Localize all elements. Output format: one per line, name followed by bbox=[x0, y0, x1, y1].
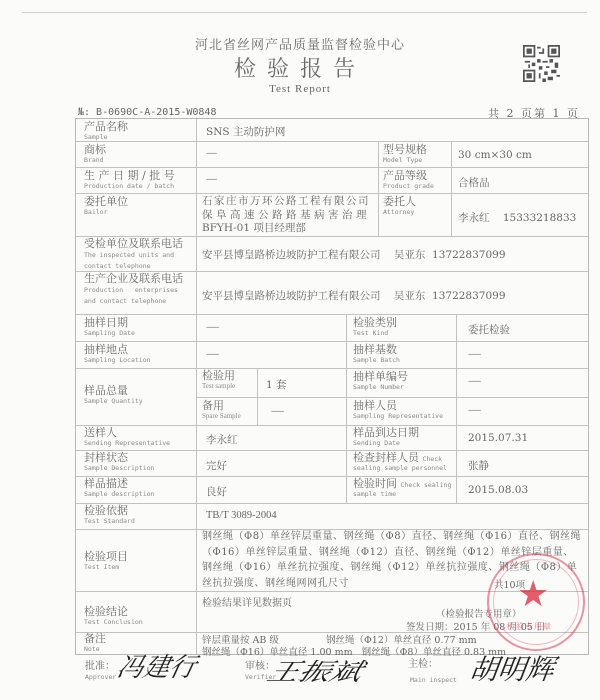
model-value: 30 cm×30 cm bbox=[458, 149, 532, 161]
sample-number-label: 抽样单编号 Sample Number bbox=[353, 370, 408, 392]
grade-label: 产品等级 Product grade bbox=[383, 169, 434, 191]
spare-sample-value: ------ bbox=[271, 407, 283, 417]
report-number: №: B-0690C-A-2015-W0848 bbox=[78, 107, 216, 118]
producer-value: 安平县博皇路桥边坡防护工程有限公司 吴亚东 13722837099 bbox=[202, 288, 506, 303]
sampling-rep-value: ------ bbox=[468, 406, 480, 416]
approver-label-en: Approver bbox=[85, 673, 116, 681]
test-item-label: 检验项目 Test Item bbox=[84, 550, 128, 572]
production-date-value: ----- bbox=[206, 175, 216, 185]
inspected-unit-label: 受检单位及联系电话 The inspected units and contac… bbox=[84, 237, 183, 272]
approver-signature: 冯建行 bbox=[114, 647, 200, 684]
attorney-label: 委托人 Attorney bbox=[383, 195, 416, 217]
sending-date-value: 2015.07.31 bbox=[468, 432, 528, 444]
sample-value: SNS 主动防护网 bbox=[206, 124, 285, 139]
star-icon: ★ bbox=[517, 577, 549, 613]
model-label: 型号规格 Model Type bbox=[383, 143, 427, 165]
sending-rep-value: 李永红 bbox=[206, 432, 238, 447]
report-subtitle: Test Report bbox=[0, 83, 600, 95]
brand-value: ----- bbox=[206, 149, 216, 159]
conclusion-label: 检验结论 Test Conclusion bbox=[84, 605, 143, 627]
test-sample-label: 检验用 Test sample bbox=[202, 369, 235, 391]
seal-state-label: 封样状态 Sample Description bbox=[84, 451, 154, 473]
sample-desc-value: 良好 bbox=[206, 484, 227, 499]
brand-label: 商标 Brand bbox=[84, 143, 106, 165]
inspector-label: 主检： bbox=[408, 655, 438, 670]
inspected-unit-value: 安平县博皇路桥边坡防护工程有限公司 吴亚东 13722837099 bbox=[202, 247, 506, 262]
test-kind-value: 委托检验 bbox=[468, 322, 510, 337]
sample-batch-value: ------ bbox=[468, 350, 480, 360]
sample-batch-label: 抽样基数 Sample Batch bbox=[353, 343, 400, 365]
test-standard-value: TB/T 3089-2004 bbox=[206, 510, 277, 521]
sending-date-label: 样品到达日期 Sending Date bbox=[353, 426, 419, 448]
check-time-label: 检验时间 Check sealing sample time bbox=[353, 477, 451, 499]
verifier-signature: 王振斌 bbox=[263, 652, 369, 687]
sending-rep-label: 送样人 Sending Representative bbox=[84, 426, 170, 448]
sampling-date-label: 抽样日期 Sampling Date bbox=[84, 316, 135, 338]
official-seal-stamp: ★ 检验专用章 bbox=[487, 553, 585, 651]
sample-number-value: ------ bbox=[468, 377, 480, 387]
test-kind-label: 检验类别 Test Kind bbox=[353, 316, 397, 338]
qr-code-icon bbox=[523, 45, 560, 82]
note-label: 备注 Note bbox=[84, 633, 106, 654]
inspector-label-en: Main inspect bbox=[410, 676, 457, 684]
conclusion-value: 检验结果详见数据页 bbox=[202, 594, 292, 609]
bailor-value: 石家庄市万环公路工程有限公司 保阜高速公路路基病害治理 BFYH-01 项目经理… bbox=[202, 195, 370, 236]
sampling-date-value: ------ bbox=[206, 323, 218, 333]
report-title: 检验报告 bbox=[0, 52, 600, 83]
production-date-label: 生 产 日 期 / 批 号 Production date / batch bbox=[84, 169, 175, 191]
sampling-location-label: 抽样地点 Sampling Location bbox=[84, 343, 151, 365]
sample-label: 产品名称 Sample bbox=[84, 120, 128, 142]
producer-label: 生产企业及联系电话 Production enterprises and con… bbox=[84, 272, 183, 307]
seal-personnel-label: 检查封样人员 Check sealing sample personnel bbox=[353, 451, 447, 473]
attorney-value: 李永红 15333218833 bbox=[458, 210, 576, 225]
spare-sample-label: 备用 Spare Sample bbox=[202, 399, 241, 421]
sample-desc-label: 样品描述 Sample description bbox=[84, 477, 154, 499]
grade-value: 合格品 bbox=[458, 175, 490, 190]
inspector-signature: 胡明辉 bbox=[467, 648, 557, 688]
organization-name: 河北省丝网产品质量监督检验中心 bbox=[0, 34, 600, 53]
sampling-location-value: ------ bbox=[206, 350, 218, 360]
check-time-value: 2015.08.03 bbox=[468, 484, 528, 496]
top-border-line bbox=[22, 12, 587, 13]
seal-state-value: 完好 bbox=[206, 458, 227, 473]
test-sample-value: 1 套 bbox=[266, 377, 287, 392]
seal-personnel-value: 张静 bbox=[468, 458, 489, 473]
test-standard-label: 检验依据 Test Standard bbox=[84, 504, 135, 526]
bailor-label: 委托单位 Bailor bbox=[84, 195, 128, 217]
sampling-rep-label: 抽样人员 Sampling Representative bbox=[353, 399, 443, 421]
sample-quantity-label: 样品总量 Sample Quantity bbox=[84, 384, 143, 406]
approver-label: 批准： bbox=[85, 657, 115, 672]
